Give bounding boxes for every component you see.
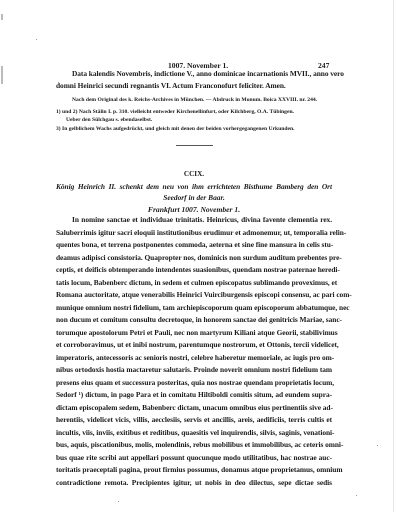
scanned-page: 1007. November 1. 247 Data kalendis Nove…	[0, 0, 396, 512]
scan-speck	[377, 445, 378, 446]
body-line: bus, aquis, piscationibus, molis, molend…	[56, 440, 332, 449]
body-line: munique omnium nostri fidelium, tam arch…	[56, 303, 332, 312]
body-line: non ducum et comitum consultu decretoque…	[56, 315, 332, 324]
text-line: domni Heinrici secundi regnantis VI. Act…	[56, 81, 332, 90]
document-title-line: König Heinrich II. schenkt dem neu von i…	[56, 182, 332, 191]
scan-edge-left	[1, 66, 3, 84]
body-line: deamus adipisci consistoria. Quapropter …	[56, 253, 332, 262]
section-divider	[176, 145, 213, 146]
body-line: torumque apostolorum Petri et Pauli, nec…	[56, 328, 332, 337]
body-line: Romana auctoritate, atque venerabilis He…	[56, 290, 332, 299]
body-line: ceptis, et deificis obtemperando intende…	[56, 265, 332, 274]
body-line: tatis locum, Babenberc dictum, in sedem …	[56, 278, 332, 287]
body-line: nibus ortodoxis hostia mactaretur saluta…	[56, 365, 332, 374]
body-line: et corroboravimus, ut et inibi nostrum, …	[56, 340, 332, 349]
body-line: incultis, viis, inviis, exitibus et redi…	[56, 428, 332, 437]
footnote: 3) In gelblichem Wachs aufgedrückt, und …	[56, 126, 294, 132]
scan-speck	[356, 495, 357, 496]
body-line: contradictione remota. Precipientes igit…	[56, 478, 332, 487]
source-note: Nach dem Original des k. Reichs-Archives…	[72, 97, 317, 103]
body-line: toritatis praeceptali pagina, prout firm…	[56, 465, 332, 474]
body-line: herentiis, videlicet vicis, villis, aecc…	[56, 415, 332, 424]
scan-speck	[36, 39, 37, 40]
place-date-text: Frankfurt 1007. November 1.	[148, 205, 240, 214]
footnote: Ueber den Sülchgau s. ebendaselbst.	[66, 117, 152, 123]
body-line: In nomine sanctae et individuae trinitat…	[72, 215, 332, 224]
text-line: Data kalendis Novembris, indictione V., …	[72, 69, 332, 78]
body-line: imperatoris, antecessoris ac senioris no…	[56, 353, 332, 362]
body-line: quentes bona, et terrena postponentes co…	[56, 240, 332, 249]
scan-edge-left	[1, 14, 3, 20]
body-line: bus quae rite scribi aut appellari possu…	[56, 453, 332, 462]
document-number: CCIX.	[56, 170, 332, 178]
body-line: presens eius quam et successura posterit…	[56, 378, 332, 387]
scan-speck	[118, 501, 119, 502]
place-date: Frankfurt 1007. November 1.	[56, 205, 332, 214]
document-title-line: Seedorf in der Baar.	[56, 193, 332, 202]
scan-edge-right	[393, 0, 394, 512]
body-line: dictam episcopalem sedem, Babenberc dict…	[56, 403, 332, 412]
footnote: 1) und 2) Nach Stälin I. p. 310. viellei…	[56, 109, 294, 115]
body-line: Saluberrimis igitur sacri eloquii instit…	[56, 228, 332, 237]
body-line: Sedorf ¹) dictum, in pago Para et in com…	[56, 390, 332, 399]
